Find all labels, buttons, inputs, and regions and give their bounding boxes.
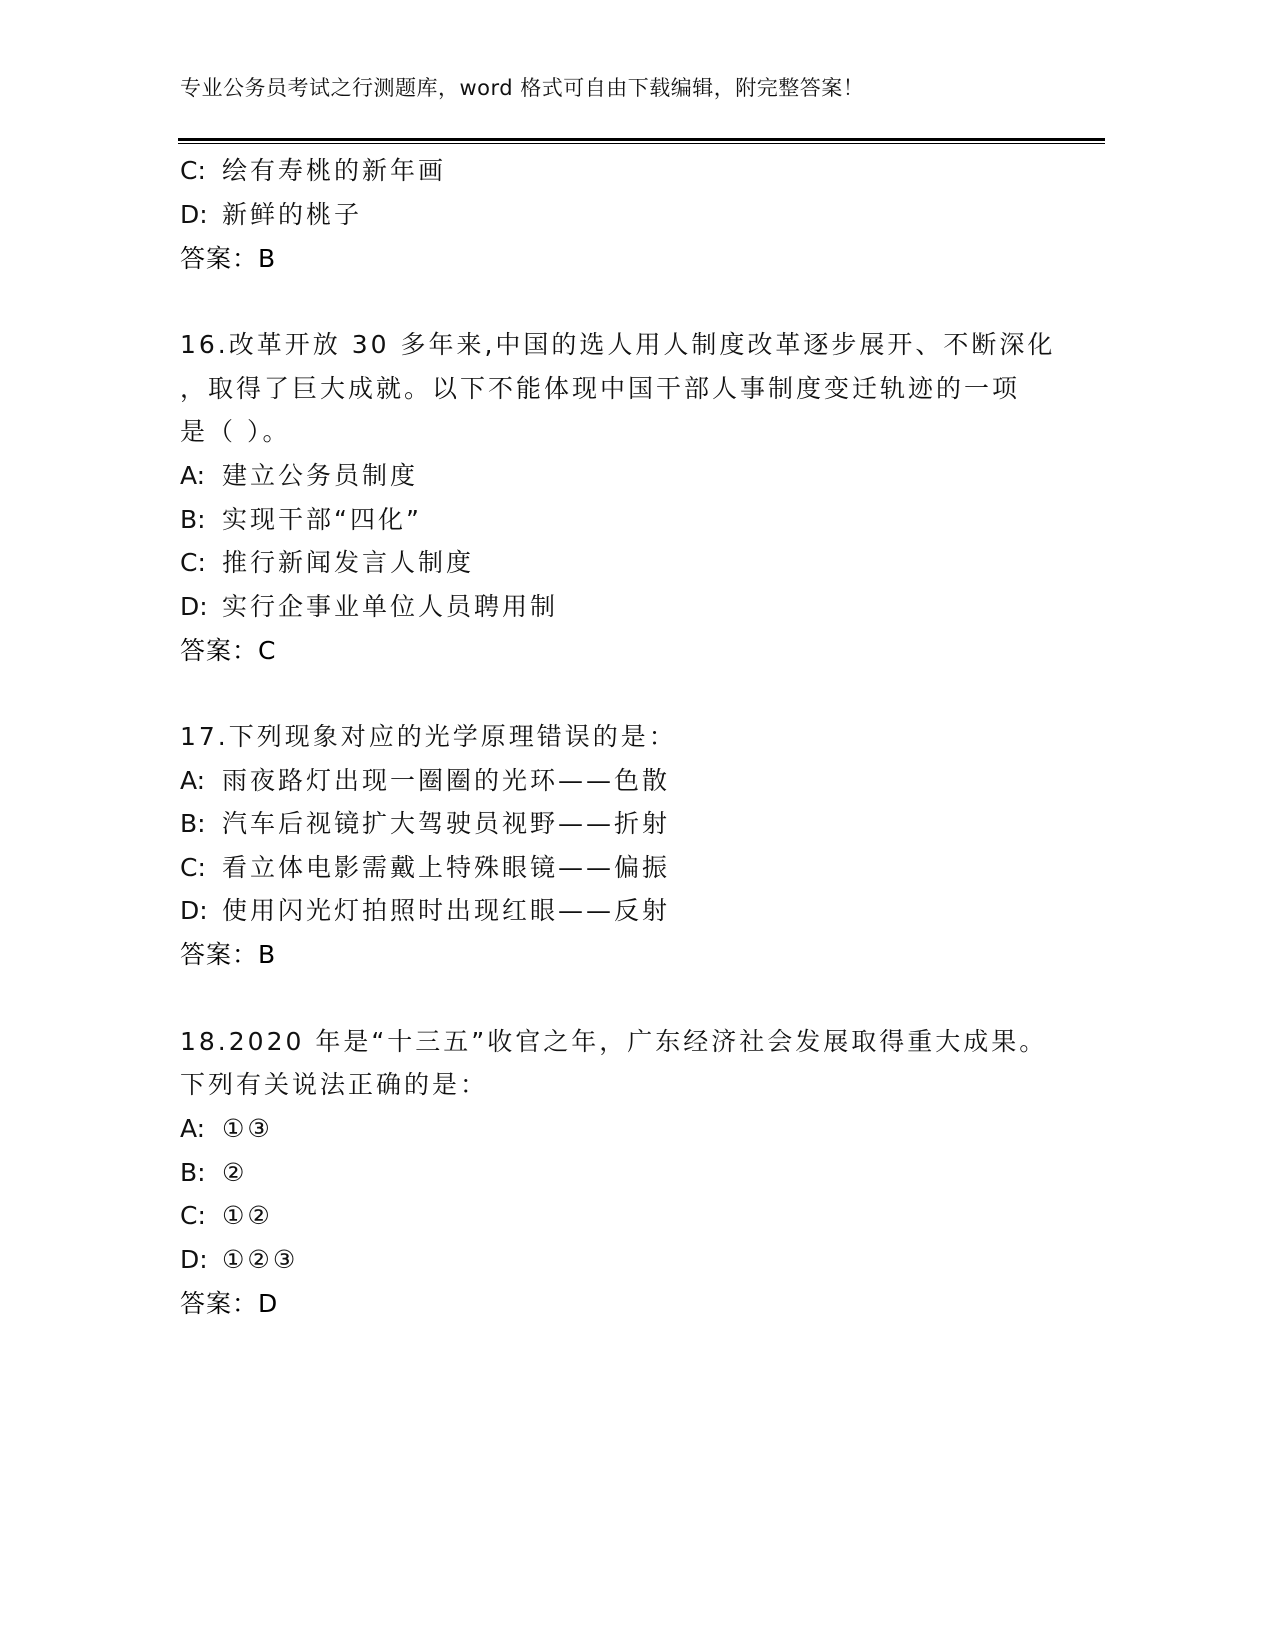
option-letter: C: [180,154,222,188]
option-d: D:①②③ [180,1243,298,1277]
option-text: 建立公务员制度 [222,461,418,490]
question-stem-line: 18.2020 年是“十三五”收官之年，广东经济社会发展取得重大成果。 [180,1025,1047,1059]
option-letter: D: [180,590,222,624]
option-d: D:新鲜的桃子 [180,198,362,232]
option-a: A:雨夜路灯出现一圈圈的光环——色散 [180,764,670,798]
option-text: 雨夜路灯出现一圈圈的光环——色散 [222,766,670,795]
option-text: 汽车后视镜扩大驾驶员视野——折射 [222,809,670,838]
option-b: B:实现干部“四化” [180,503,422,537]
option-text: ② [222,1158,247,1187]
answer-line: 答案：D [180,1287,278,1321]
option-text: 新鲜的桃子 [222,200,362,229]
option-d: D:实行企事业单位人员聘用制 [180,590,558,624]
option-letter: D: [180,894,222,928]
option-letter: A: [180,764,222,798]
header-rule-thick [178,138,1105,141]
question-stem-line: 16.改革开放 30 多年来,中国的选人用人制度改革逐步展开、不断深化 [180,328,1055,362]
option-letter: B: [180,807,222,841]
option-c: C:绘有寿桃的新年画 [180,154,446,188]
option-d: D:使用闪光灯拍照时出现红眼——反射 [180,894,670,928]
option-text: 实行企事业单位人员聘用制 [222,592,558,621]
option-letter: D: [180,198,222,232]
option-text: 看立体电影需戴上特殊眼镜——偏振 [222,853,670,882]
option-letter: A: [180,1112,222,1146]
option-text: 使用闪光灯拍照时出现红眼——反射 [222,896,670,925]
question-stem-line: 下列有关说法正确的是： [180,1068,488,1102]
option-text: ①②③ [222,1245,298,1274]
answer-line: 答案：B [180,242,276,276]
option-text: 绘有寿桃的新年画 [222,156,446,185]
option-b: B:汽车后视镜扩大驾驶员视野——折射 [180,807,670,841]
option-letter: C: [180,1199,222,1233]
option-letter: C: [180,851,222,885]
option-letter: B: [180,1156,222,1190]
answer-line: 答案：B [180,938,276,972]
question-stem-line: 是（ ）。 [180,415,290,449]
option-text: ①② [222,1201,273,1230]
page-header: 专业公务员考试之行测题库，word 格式可自由下载编辑，附完整答案！ [180,74,864,102]
question-stem-line: ，取得了巨大成就。以下不能体现中国干部人事制度变迁轨迹的一项 [180,372,1020,406]
answer-line: 答案：C [180,634,276,668]
option-c: C:推行新闻发言人制度 [180,546,474,580]
option-c: C:看立体电影需戴上特殊眼镜——偏振 [180,851,670,885]
option-text: ①③ [222,1114,273,1143]
option-letter: A: [180,459,222,493]
option-b: B:② [180,1156,247,1190]
option-a: A:建立公务员制度 [180,459,418,493]
option-letter: D: [180,1243,222,1277]
option-letter: C: [180,546,222,580]
option-letter: B: [180,503,222,537]
header-rule-thin [178,143,1105,144]
question-stem-line: 17.下列现象对应的光学原理错误的是： [180,720,677,754]
option-c: C:①② [180,1199,273,1233]
option-a: A:①③ [180,1112,273,1146]
document-page: 专业公务员考试之行测题库，word 格式可自由下载编辑，附完整答案！ C:绘有寿… [0,0,1275,1650]
header-double-rule [178,138,1105,145]
option-text: 推行新闻发言人制度 [222,548,474,577]
option-text: 实现干部“四化” [222,505,422,534]
